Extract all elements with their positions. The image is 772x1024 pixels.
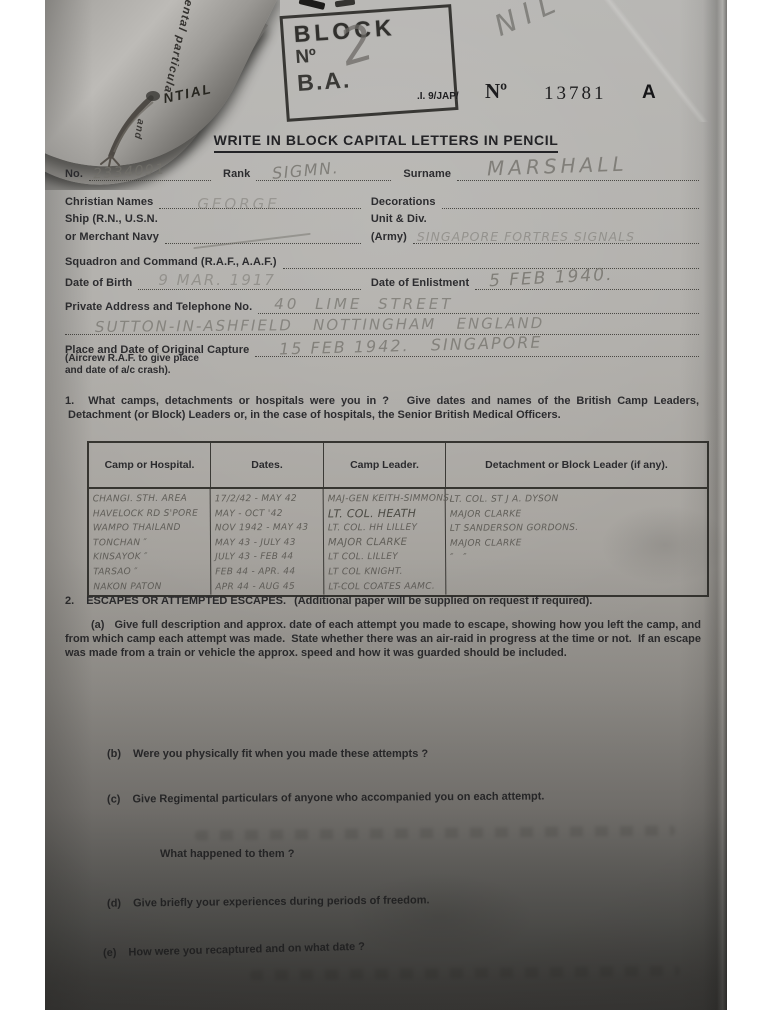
question-2a-text: Give full description and approx. date o… (65, 619, 701, 659)
table-cell: JULY 43 - FEB 44 (215, 550, 323, 565)
capture-field: 15 FEB 1942. SINGAPORE (255, 339, 699, 357)
binding-string-icon (97, 82, 177, 168)
table-cell: NOV 1942 - MAY 43 (215, 521, 323, 536)
ship-group: Ship (R.N., U.S.N. or Merchant Navy (65, 213, 365, 244)
capture-sublabel: (Aircrew R.A.F. to give place and date o… (65, 353, 199, 377)
christian-names-label: Christian Names (65, 196, 153, 209)
squadron-label: Squadron and Command (R.A.F., A.A.F.) (65, 256, 277, 269)
table-cell: HAVELOCK RD S'PORE (93, 506, 210, 521)
table-cell: MAJ-GEN KEITH-SIMMONS. (328, 492, 445, 507)
table-cell: LT COL. LILLEY (328, 550, 445, 565)
capture-sublabel-line1: (Aircrew R.A.F. to give place (65, 353, 199, 365)
serial-series-letter: A (642, 82, 656, 104)
address-value-line2: SUTTON-IN-ASHFIELD NOTTINGHAM ENGLAND (95, 314, 544, 336)
handwritten-nil-note: NIL (489, 0, 567, 43)
question-2c-followup: What happened to them ? (160, 848, 294, 860)
column-camp: CHANGI. STH. AREA HAVELOCK RD S'PORE WAM… (89, 489, 212, 596)
question-2a: (a)Give full description and approx. dat… (65, 619, 701, 660)
table-cell: FEB 44 - APR. 44 (215, 565, 323, 580)
christian-names-field: GEORGE (159, 191, 361, 209)
form-row-dates: Date of Birth 9 MAR. 1917 Date of Enlist… (65, 272, 703, 290)
cutoff-stamp-mark (335, 0, 356, 7)
question-2c-label: (c) (107, 793, 133, 805)
form-row-address-2: SUTTON-IN-ASHFIELD NOTTINGHAM ENGLAND (65, 317, 703, 335)
question-2b: (b)Were you physically fit when you made… (107, 748, 428, 760)
no-field: 2334091 (89, 163, 211, 181)
question-1-text: What camps, detachments or hospitals wer… (65, 395, 699, 421)
col-header-detachment: Detachment or Block Leader (if any). (446, 443, 707, 487)
question-2c-text: Give Regimental particulars of anyone wh… (132, 790, 544, 805)
scanned-document-photo: NTIAL mental particula and BLOCK Nº B.A.… (45, 0, 727, 1010)
table-cell: LT COL KNIGHT. (328, 565, 445, 580)
unit-label-line1: Unit & Div. (371, 213, 703, 226)
squadron-field (283, 251, 699, 269)
section-2-note: (Additional paper will be supplied on re… (286, 595, 592, 607)
table-cell: MAJOR CLARKE (328, 535, 445, 550)
dob-group: Date of Birth 9 MAR. 1917 (65, 272, 365, 290)
table-cell: LT. COL. HH LILLEY (328, 521, 445, 536)
unit-field: SINGAPORE FORTRES SIGNALS (413, 226, 699, 244)
section-2-heading: 2.ESCAPES OR ATTEMPTED ESCAPES.(Addition… (65, 595, 699, 607)
christian-names-group: Christian Names GEORGE (65, 191, 365, 209)
ship-label-line2: or Merchant Navy (65, 231, 159, 244)
surname-label: Surname (403, 168, 451, 181)
form-row-identity: No. 2334091 Rank SIGMN. Surname MARSHALL (65, 163, 703, 181)
address-field-line2: SUTTON-IN-ASHFIELD NOTTINGHAM ENGLAND (65, 317, 699, 335)
decorations-group: Decorations (365, 191, 703, 209)
col-header-dates: Dates. (211, 443, 324, 487)
table-cell: TARSAO ″ (93, 565, 210, 580)
question-2b-label: (b) (107, 748, 133, 760)
table-cell: 17/2/42 - MAY 42 (215, 492, 323, 507)
capture-sublabel-line2: and date of a/c crash). (65, 365, 199, 377)
table-cell: TONCHAN ″ (93, 535, 210, 550)
table-cell: MAY - OCT '42 (215, 506, 323, 521)
question-2c-followup-text: What happened to them ? (160, 848, 294, 860)
table-cell: LT-COL COATES AAMC. (328, 579, 445, 594)
col-header-camp: Camp or Hospital. (89, 443, 211, 487)
rank-label: Rank (223, 168, 250, 181)
table-cell: KINSAYOK ″ (93, 550, 210, 565)
enlistment-label: Date of Enlistment (371, 277, 469, 290)
enlistment-field: 5 FEB 1940. (475, 272, 699, 290)
serial-number: 13781 (544, 83, 607, 105)
cutoff-stamp-mark (299, 0, 326, 10)
form-instruction-text: WRITE IN BLOCK CAPITAL LETTERS IN PENCIL (214, 132, 559, 153)
question-2e-label: (e) (103, 947, 129, 960)
section-2-number: 2. (65, 595, 86, 607)
unit-group: Unit & Div. (Army) SINGAPORE FORTRES SIG… (365, 213, 703, 244)
ship-field (165, 226, 361, 244)
question-1-number: 1. (65, 395, 88, 407)
surname-field: MARSHALL (457, 163, 699, 181)
question-2d-label: (d) (107, 897, 133, 909)
rank-value: SIGMN. (272, 158, 341, 183)
page-edge-shading (703, 0, 727, 1010)
paper-stain (345, 872, 535, 962)
form-row-address: Private Address and Telephone No. 40 LIM… (65, 296, 703, 314)
dob-value: 9 MAR. 1917 (158, 271, 276, 289)
section-2-title: ESCAPES OR ATTEMPTED ESCAPES. (86, 595, 286, 607)
address-value-line1: 40 LIME STREET (274, 295, 453, 313)
unit-value: SINGAPORE FORTRES SIGNALS (417, 229, 635, 244)
no-value: 2334091 (93, 161, 167, 182)
dob-label: Date of Birth (65, 277, 132, 290)
address-field-line1: 40 LIME STREET (258, 296, 699, 314)
table-cell: WAMPO THAILAND (93, 521, 210, 536)
form-row-ship-unit: Ship (R.N., U.S.N. or Merchant Navy Unit… (65, 213, 703, 244)
decorations-field (442, 191, 699, 209)
question-2b-text: Were you physically fit when you made th… (133, 748, 428, 760)
no-label: No. (65, 168, 83, 181)
serial-no-label: Nº (485, 79, 507, 104)
camps-table-header: Camp or Hospital. Dates. Camp Leader. De… (89, 443, 707, 489)
unit-label-line2: (Army) (371, 231, 407, 244)
table-cell: CHANGI. STH. AREA (93, 492, 210, 507)
christian-names-value: GEORGE (197, 195, 279, 213)
rank-field: SIGMN. (256, 163, 391, 181)
dob-field: 9 MAR. 1917 (138, 272, 361, 290)
bleedthrough-text-streak (250, 966, 680, 981)
capture-value: 15 FEB 1942. SINGAPORE (279, 333, 543, 359)
table-cell: MAY 43 - JULY 43 (215, 535, 323, 550)
column-leader: MAJ-GEN KEITH-SIMMONS. LT. COL. HEATH LT… (324, 489, 447, 596)
form-row-names: Christian Names GEORGE Decorations (65, 191, 703, 209)
form-instruction-header: WRITE IN BLOCK CAPITAL LETTERS IN PENCIL (45, 132, 727, 150)
ship-label-line1: Ship (R.N., U.S.N. (65, 213, 365, 226)
question-2e-text: How were you recaptured and on what date… (128, 941, 365, 959)
bleedthrough-text-streak (195, 825, 675, 840)
question-2c: (c)Give Regimental particulars of anyone… (107, 790, 545, 805)
table-cell: LT. COL. HEATH (328, 506, 445, 521)
question-2a-label: (a) (91, 619, 114, 631)
surname-value: MARSHALL (487, 152, 628, 181)
column-dates: 17/2/42 - MAY 42 MAY - OCT '42 NOV 1942 … (211, 489, 325, 596)
enlistment-group: Date of Enlistment 5 FEB 1940. (365, 272, 703, 290)
table-cell: APR 44 - AUG 45 (215, 579, 323, 594)
question-2e: (e)How were you recaptured and on what d… (103, 941, 365, 959)
serial-prefix: .I. 9/JAP/ (417, 91, 459, 102)
address-label: Private Address and Telephone No. (65, 301, 252, 314)
decorations-label: Decorations (371, 196, 436, 209)
table-cell: NAKON PATON (93, 579, 210, 594)
col-header-leader: Camp Leader. (324, 443, 446, 487)
question-1: 1.What camps, detachments or hospitals w… (65, 394, 699, 422)
